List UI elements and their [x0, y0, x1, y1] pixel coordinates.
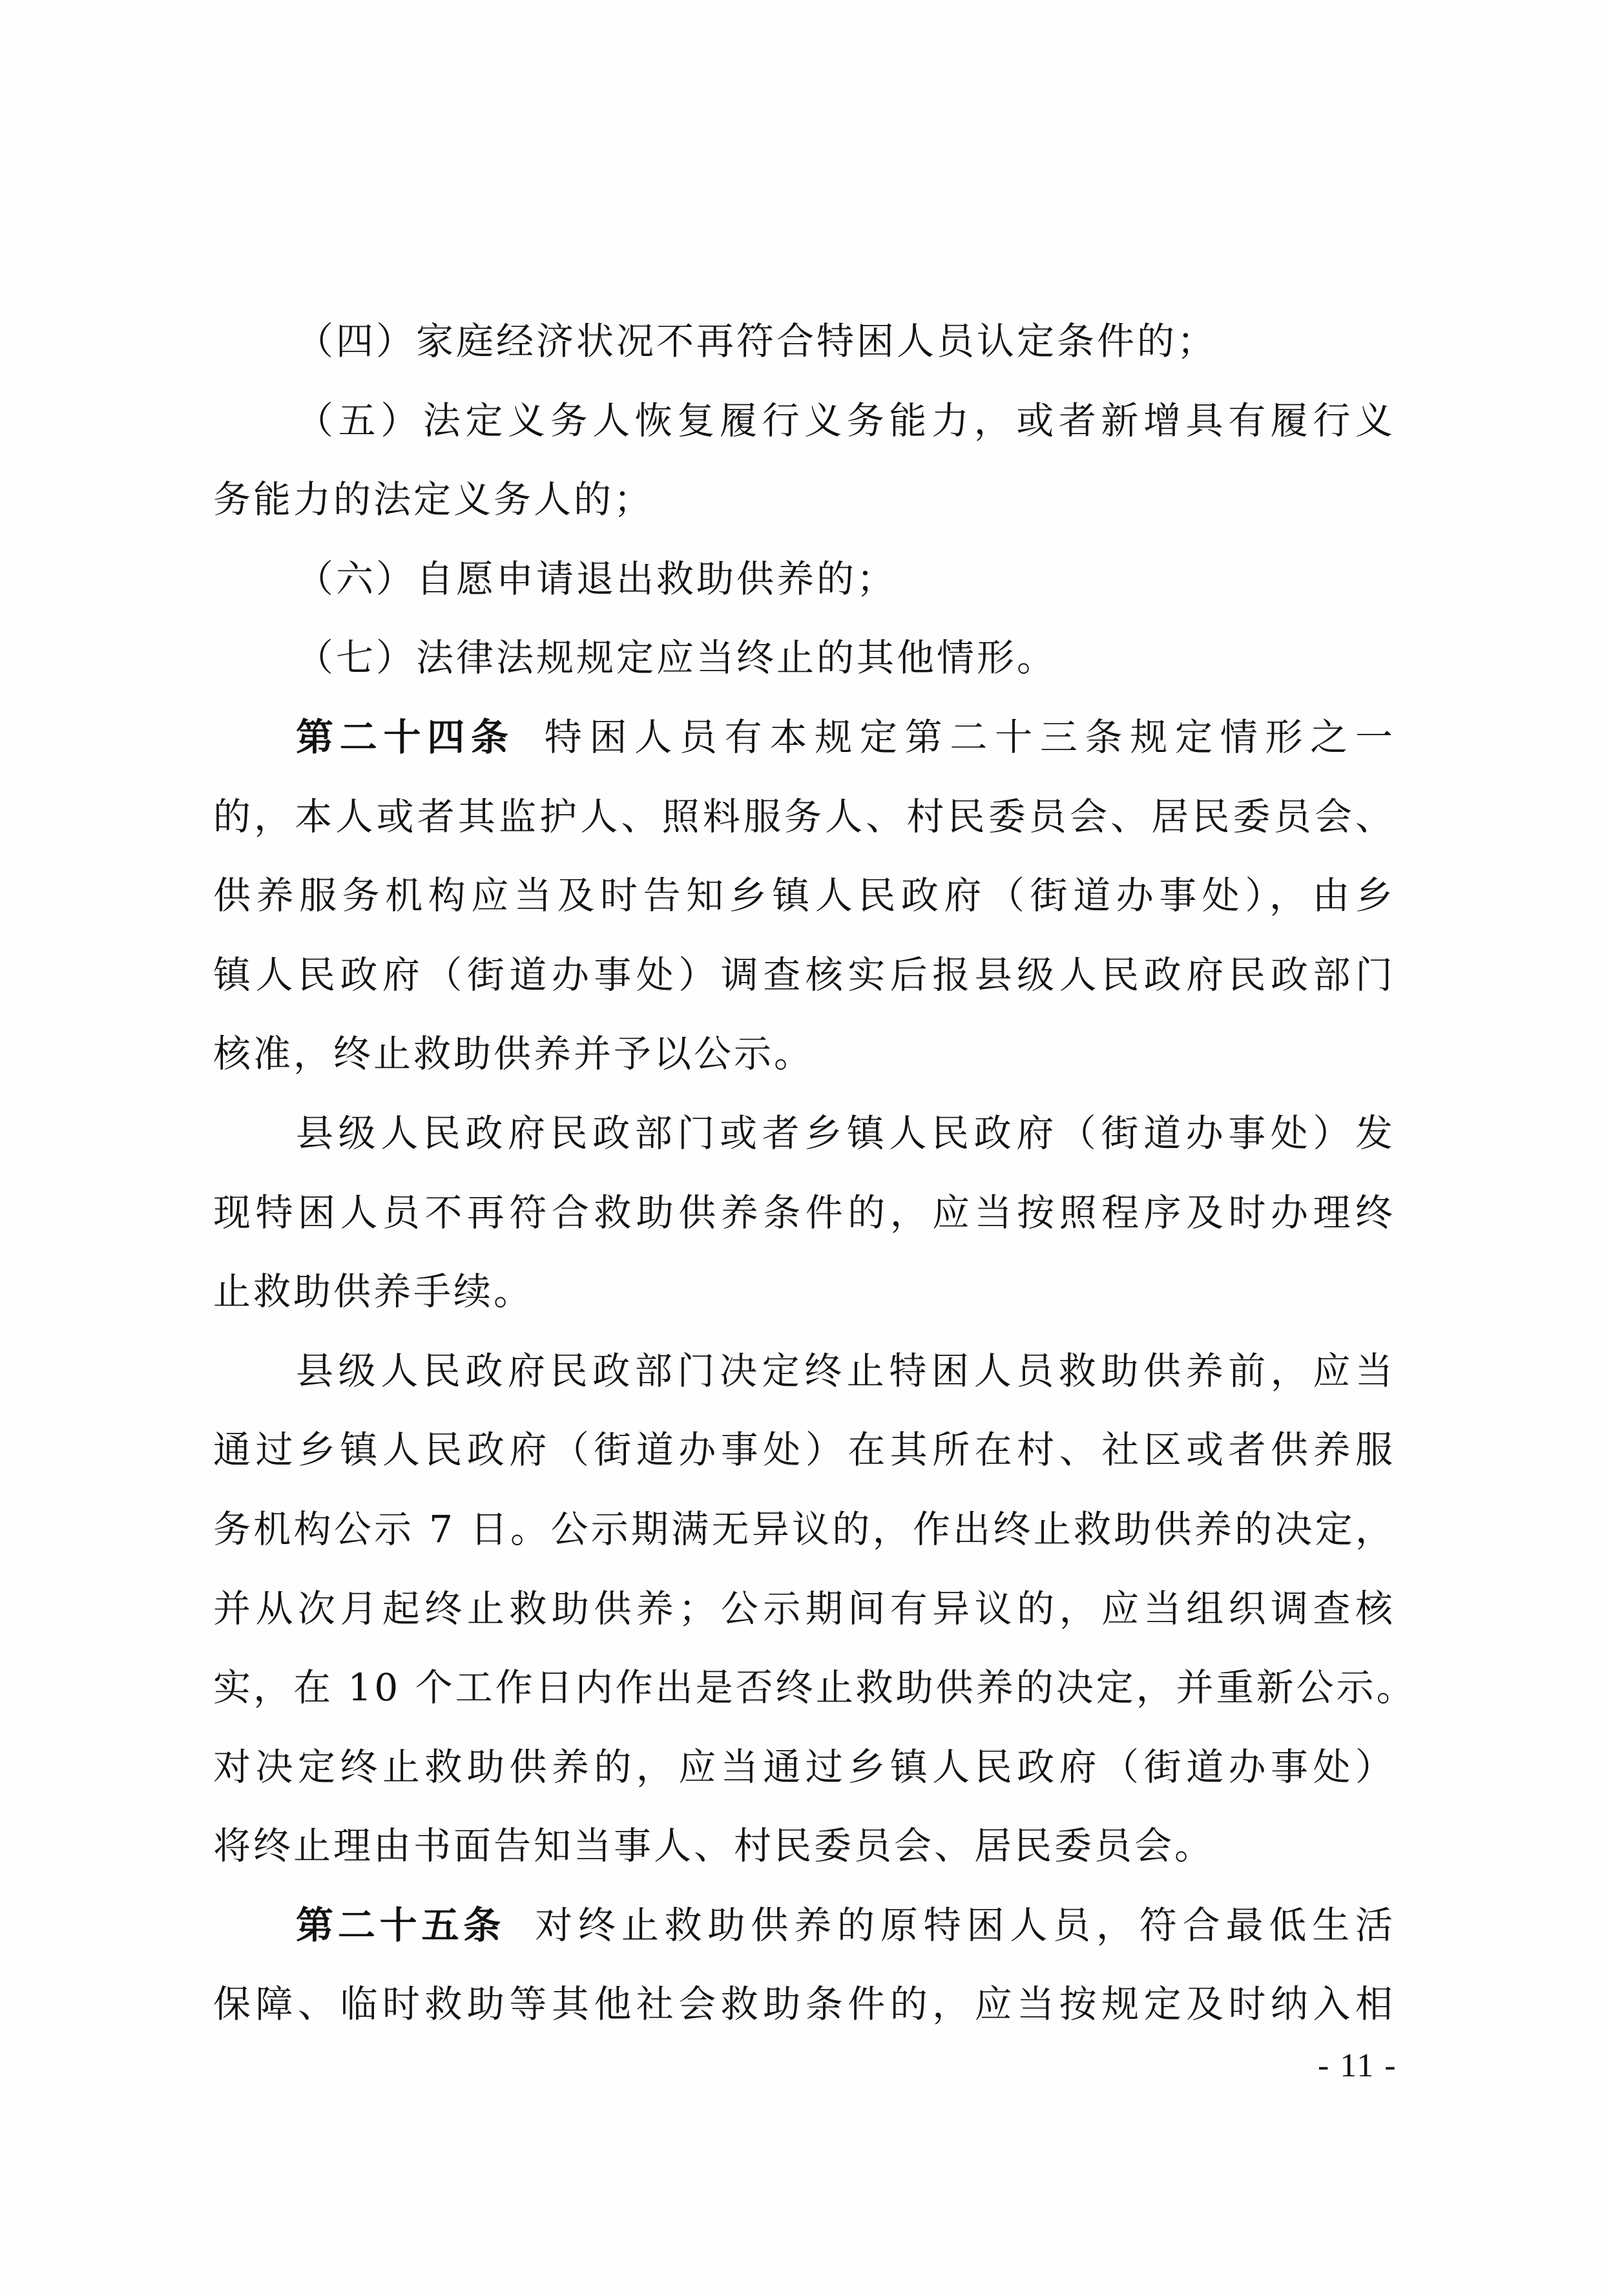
page-number: - 11 - — [1318, 2047, 1397, 2085]
document-page: （四）家庭经济状况不再符合特困人员认定条件的； （五）法定义务人恢复履行义务能力… — [0, 0, 1602, 2296]
article-25-text: 对终止救助供养的原特困人员，符合最低生活 — [535, 1903, 1395, 1947]
article-24-para3-line: 实，在 10 个工作日内作出是否终止救助供养的决定，并重新公示。 — [213, 1662, 1395, 1741]
article-24-text: 特困人员有本规定第二十三条规定情形之一 — [545, 715, 1395, 759]
clause-item-7: （七）法律法规规定应当终止的其他情形。 — [213, 632, 1395, 711]
article-24-first-line: 第二十四条特困人员有本规定第二十三条规定情形之一 — [213, 711, 1395, 791]
article-24-para3-line: 通过乡镇人民政府（街道办事处）在其所在村、社区或者供养服 — [213, 1424, 1395, 1503]
article-25-title: 第二十五条 — [296, 1903, 505, 1947]
article-24-para2-line: 现特困人员不再符合救助供养条件的，应当按照程序及时办理终 — [213, 1187, 1395, 1266]
article-24-para2-line: 止救助供养手续。 — [213, 1266, 1395, 1345]
article-25-line: 保障、临时救助等其他社会救助条件的，应当按规定及时纳入相 — [213, 1978, 1395, 2058]
article-24-para3-line: 将终止理由书面告知当事人、村民委员会、居民委员会。 — [213, 1820, 1395, 1899]
clause-item-5-continuation: 务能力的法定义务人的； — [213, 474, 1395, 553]
article-24-para2-line: 县级人民政府民政部门或者乡镇人民政府（街道办事处）发 — [213, 1107, 1395, 1187]
clause-item-4: （四）家庭经济状况不再符合特困人员认定条件的； — [213, 315, 1395, 395]
article-24-para3-line: 并从次月起终止救助供养；公示期间有异议的，应当组织调查核 — [213, 1583, 1395, 1662]
article-24-line: 供养服务机构应当及时告知乡镇人民政府（街道办事处），由乡 — [213, 870, 1395, 949]
article-24-line: 镇人民政府（街道办事处）调查核实后报县级人民政府民政部门 — [213, 949, 1395, 1028]
document-body: （四）家庭经济状况不再符合特困人员认定条件的； （五）法定义务人恢复履行义务能力… — [213, 315, 1395, 2058]
clause-item-6: （六）自愿申请退出救助供养的； — [213, 553, 1395, 632]
article-25-first-line: 第二十五条对终止救助供养的原特困人员，符合最低生活 — [213, 1899, 1395, 1979]
article-24-para3-line: 对决定终止救助供养的，应当通过乡镇人民政府（街道办事处） — [213, 1741, 1395, 1821]
article-24-line: 的，本人或者其监护人、照料服务人、村民委员会、居民委员会、 — [213, 791, 1395, 870]
article-24-title: 第二十四条 — [296, 715, 515, 759]
article-24-line: 核准，终止救助供养并予以公示。 — [213, 1028, 1395, 1107]
article-24-para3-line: 县级人民政府民政部门决定终止特困人员救助供养前，应当 — [213, 1345, 1395, 1425]
article-24-para3-line: 务机构公示 7 日。公示期满无异议的，作出终止救助供养的决定， — [213, 1503, 1395, 1583]
clause-item-5: （五）法定义务人恢复履行义务能力，或者新增具有履行义 — [213, 395, 1395, 474]
